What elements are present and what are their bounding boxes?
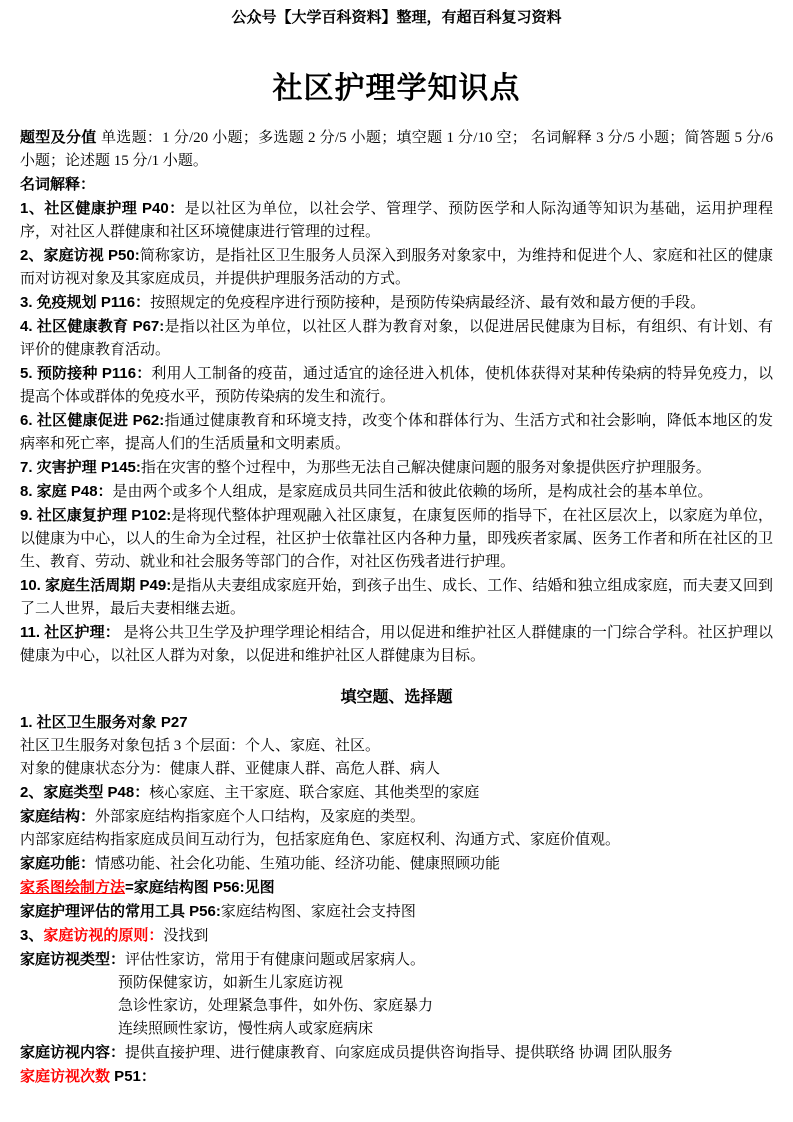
paragraph: 3. 免疫规划 P116：按照规定的免疫程序进行预防接种，是预防传染病最经济、最… <box>20 291 773 315</box>
paragraph: 家庭功能：情感功能、社会化功能、生殖功能、经济功能、健康照顾功能 <box>20 852 773 876</box>
paragraph: 1、社区健康护理 P40：是以社区为单位，以社会学、管理学、预防医学和人际沟通等… <box>20 197 773 244</box>
text-segment: 5. 预防接种 P116： <box>20 365 151 382</box>
text-segment: 社区卫生服务对象包括 3 个层面：个人、家庭、社区。 <box>20 738 380 754</box>
text-segment: 2、家庭类型 P48： <box>20 784 149 801</box>
paragraph: 6. 社区健康促进 P62:指通过健康教育和环境支持，改变个体和群体行为、生活方… <box>20 409 773 456</box>
text-segment: 对象的健康状态分为：健康人群、亚健康人群、高危人群、病人 <box>20 761 440 777</box>
text-segment: 单选题：1 分/20 小题；多选题 2 分/5 小题；填空题 1 分/10 空；… <box>20 130 773 169</box>
paragraph: 4. 社区健康教育 P67:是指以社区为单位，以社区人群为教育对象，以促进居民健… <box>20 315 773 362</box>
paragraph: 11. 社区护理： 是将公共卫生学及护理学理论相结合，用以促进和维护社区人群健康… <box>20 621 773 668</box>
document-header-note: 公众号【大学百科资料】整理，有超百科复习资料 <box>20 8 773 28</box>
text-segment: 题型及分值 <box>20 129 101 146</box>
text-segment: 是将公共卫生学及护理学理论相结合，用以促进和维护社区人群健康的一门综合学科。社区… <box>20 625 773 664</box>
paragraph: 家庭访视次数 P51： <box>20 1065 773 1089</box>
paragraph: 连续照顾性家访，慢性病人或家庭病床 <box>118 1018 773 1041</box>
paragraph: 8. 家庭 P48：是由两个或多个人组成，是家庭成员共同生活和彼此依赖的场所，是… <box>20 480 773 504</box>
page-title: 社区护理学知识点 <box>20 72 773 106</box>
text-segment: 提供直接护理、进行健康教育、向家庭成员提供咨询指导、提供联络 协调 团队服务 <box>125 1045 673 1061</box>
paragraph: 题型及分值 单选题：1 分/20 小题；多选题 2 分/5 小题；填空题 1 分… <box>20 126 773 173</box>
paragraph: 家庭护理评估的常用工具 P56:家庭结构图、家庭社会支持图 <box>20 900 773 924</box>
text-segment: 名词解释： <box>20 176 95 193</box>
paragraph: 对象的健康状态分为：健康人群、亚健康人群、高危人群、病人 <box>20 758 773 781</box>
text-segment: 评估性家访，常用于有健康问题或居家病人。 <box>125 952 425 968</box>
text-segment: 家庭访视内容： <box>20 1044 125 1061</box>
text-segment: 内部家庭结构指家庭成员间互动行为，包括家庭角色、家庭权利、沟通方式、家庭价值观。 <box>20 832 620 848</box>
text-segment: 指在灾害的整个过程中，为那些无法自己解决健康问题的服务对象提供医疗护理服务。 <box>141 460 711 476</box>
paragraph: 家系图绘制方法=家庭结构图 P56:见图 <box>20 876 773 900</box>
section-heading: 填空题、选择题 <box>20 686 773 709</box>
paragraph: 家庭结构：外部家庭结构指家庭个人口结构，及家庭的类型。 <box>20 805 773 829</box>
text-segment: 家庭结构图、家庭社会支持图 <box>221 904 416 920</box>
text-segment: 家庭功能： <box>20 855 95 872</box>
paragraph: 2、家庭访视 P50:简称家访，是指社区卫生服务人员深入到服务对象家中，为维持和… <box>20 244 773 291</box>
text-segment: 11. 社区护理： <box>20 624 120 641</box>
text-segment: 2、家庭访视 P50: <box>20 247 140 264</box>
text-segment: 3. 免疫规划 P116： <box>20 294 150 311</box>
document-body: 题型及分值 单选题：1 分/20 小题；多选题 2 分/5 小题；填空题 1 分… <box>20 126 773 1089</box>
text-segment: 1. 社区卫生服务对象 P27 <box>20 714 188 731</box>
text-segment: 急诊性家访，处理紧急事件，如外伤、家庭暴力 <box>118 998 433 1014</box>
text-segment: 核心家庭、主干家庭、联合家庭、其他类型的家庭 <box>149 785 479 801</box>
text-segment: 7. 灾害护理 P145: <box>20 459 141 476</box>
text-segment: 外部家庭结构指家庭个人口结构，及家庭的类型。 <box>95 809 425 825</box>
document-page: 公众号【大学百科资料】整理，有超百科复习资料 社区护理学知识点 题型及分值 单选… <box>0 0 793 1089</box>
text-segment: 8. 家庭 P48： <box>20 483 113 500</box>
paragraph: 1. 社区卫生服务对象 P27 <box>20 711 773 735</box>
paragraph: 预防保健家访，如新生儿家庭访视 <box>118 972 773 995</box>
text-segment: 家庭护理评估的常用工具 P56: <box>20 903 221 920</box>
text-segment: P51： <box>110 1068 156 1085</box>
text-segment: 情感功能、社会化功能、生殖功能、经济功能、健康照顾功能 <box>95 856 500 872</box>
paragraph: 9. 社区康复护理 P102:是将现代整体护理观融入社区康复，在康复医师的指导下… <box>20 504 773 574</box>
paragraph: 家庭访视内容：提供直接护理、进行健康教育、向家庭成员提供咨询指导、提供联络 协调… <box>20 1041 773 1065</box>
text-segment: 家庭访视类型： <box>20 951 125 968</box>
paragraph: 名词解释： <box>20 173 773 197</box>
text-segment: 预防保健家访，如新生儿家庭访视 <box>118 975 343 991</box>
paragraph: 10. 家庭生活周期 P49:是指从夫妻组成家庭开始，到孩子出生、成长、工作、结… <box>20 574 773 621</box>
paragraph: 急诊性家访，处理紧急事件，如外伤、家庭暴力 <box>118 995 773 1018</box>
text-segment: 填空题、选择题 <box>340 689 452 706</box>
highlighted-term: 家系图绘制方法 <box>20 879 125 896</box>
paragraph: 7. 灾害护理 P145:指在灾害的整个过程中，为那些无法自己解决健康问题的服务… <box>20 456 773 480</box>
paragraph: 家庭访视类型：评估性家访，常用于有健康问题或居家病人。 <box>20 948 773 972</box>
text-segment: 连续照顾性家访，慢性病人或家庭病床 <box>118 1021 373 1037</box>
text-segment: 没找到 <box>163 928 208 944</box>
text-segment: 1、社区健康护理 P40： <box>20 200 185 217</box>
paragraph: 3、家庭访视的原则：没找到 <box>20 924 773 948</box>
text-segment: 是由两个或多个人组成，是家庭成员共同生活和彼此依赖的场所，是构成社会的基本单位。 <box>113 484 713 500</box>
highlighted-term: 家庭访视的原则： <box>43 927 163 944</box>
paragraph: 社区卫生服务对象包括 3 个层面：个人、家庭、社区。 <box>20 735 773 758</box>
text-segment: 10. 家庭生活周期 P49: <box>20 577 171 594</box>
text-segment: =家庭结构图 P56:见图 <box>125 879 275 896</box>
text-segment: 4. 社区健康教育 P67: <box>20 318 164 335</box>
text-segment: 按照规定的免疫程序进行预防接种，是预防传染病最经济、最有效和最方便的手段。 <box>150 295 705 311</box>
text-segment: 6. 社区健康促进 P62: <box>20 412 164 429</box>
paragraph: 内部家庭结构指家庭成员间互动行为，包括家庭角色、家庭权利、沟通方式、家庭价值观。 <box>20 829 773 852</box>
highlighted-term: 家庭访视次数 <box>20 1068 110 1085</box>
paragraph: 5. 预防接种 P116：利用人工制备的疫苗，通过适宜的途径进入机体，使机体获得… <box>20 362 773 409</box>
text-segment: 家庭结构： <box>20 808 95 825</box>
text-segment: 3、 <box>20 927 43 944</box>
text-segment: 9. 社区康复护理 P102: <box>20 507 171 524</box>
paragraph: 2、家庭类型 P48：核心家庭、主干家庭、联合家庭、其他类型的家庭 <box>20 781 773 805</box>
